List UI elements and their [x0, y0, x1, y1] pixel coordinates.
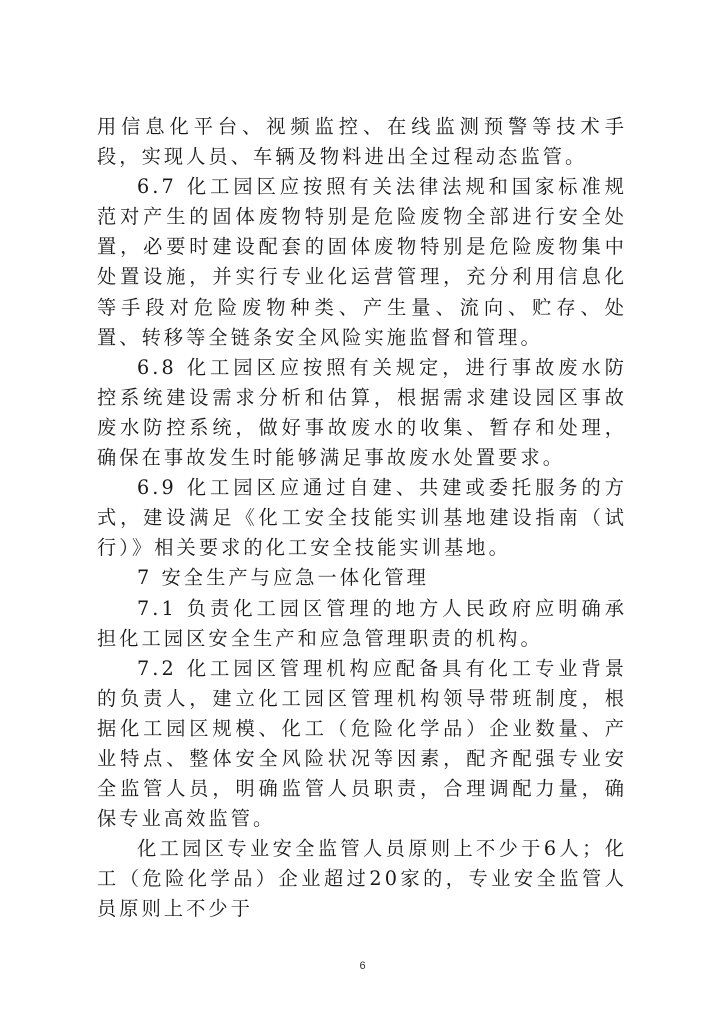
paragraph-7-1: 7.1 负责化工园区管理的地方人民政府应明确承担化工园区安全生产和应急管理职责的… — [97, 594, 627, 654]
document-page-body: 用信息化平台、视频监控、在线监测预警等技术手段，实现人员、车辆及物料进出全过程动… — [97, 112, 627, 925]
section-heading-7: 7 安全生产与应急一体化管理 — [97, 563, 627, 593]
paragraph-6-6-continued: 用信息化平台、视频监控、在线监测预警等技术手段，实现人员、车辆及物料进出全过程动… — [97, 112, 627, 172]
paragraph-6-9: 6.9 化工园区应通过自建、共建或委托服务的方式，建设满足《化工安全技能实训基地… — [97, 473, 627, 563]
paragraph-6-7: 6.7 化工园区应按照有关法律法规和国家标准规范对产生的固体废物特别是危险废物全… — [97, 172, 627, 353]
paragraph-6-8: 6.8 化工园区应按照有关规定，进行事故废水防控系统建设需求分析和估算，根据需求… — [97, 353, 627, 473]
paragraph-7-2-staffing: 化工园区专业安全监管人员原则上不少于6人；化工（危险化学品）企业超过20家的，专… — [97, 834, 627, 924]
paragraph-7-2: 7.2 化工园区管理机构应配备具有化工专业背景的负责人，建立化工园区管理机构领导… — [97, 654, 627, 835]
page-number: 6 — [0, 960, 725, 972]
